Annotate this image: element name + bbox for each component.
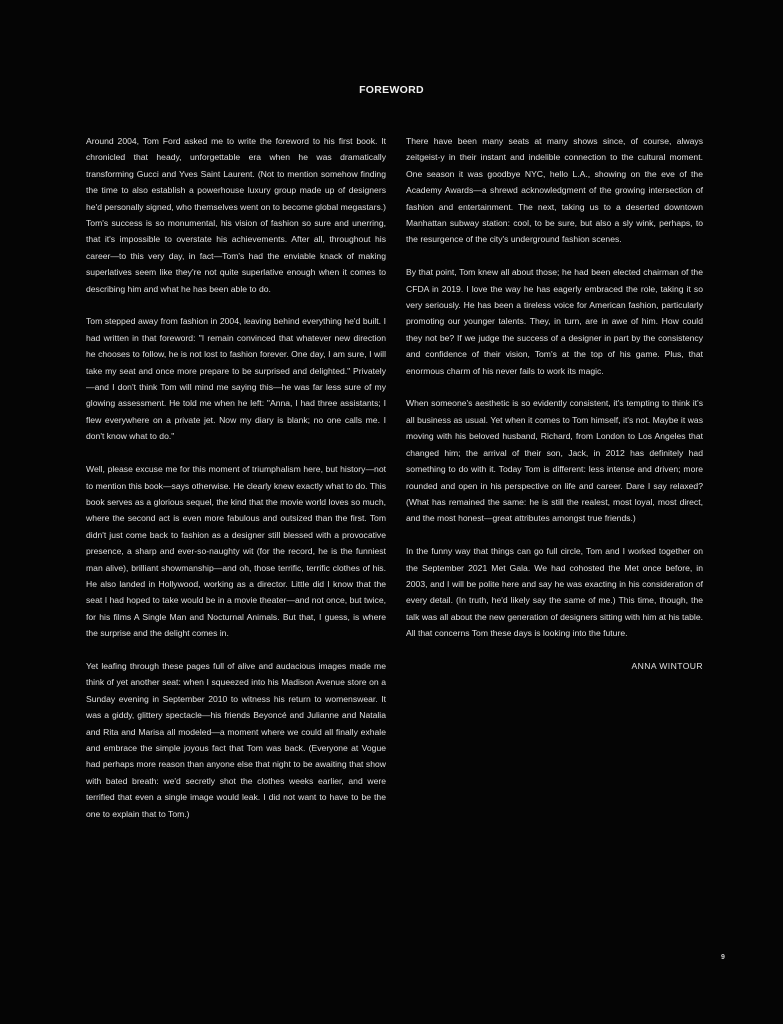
paragraph: In the funny way that things can go full… — [406, 543, 703, 641]
paragraph: Well, please excuse me for this moment o… — [86, 461, 386, 641]
paragraph: Yet leafing through these pages full of … — [86, 658, 386, 822]
paragraph: Tom stepped away from fashion in 2004, l… — [86, 313, 386, 444]
paragraph: When someone's aesthetic is so evidently… — [406, 395, 703, 526]
page-title: FOREWORD — [0, 84, 783, 96]
left-column: Around 2004, Tom Ford asked me to write … — [86, 133, 386, 838]
paragraph: There have been many seats at many shows… — [406, 133, 703, 248]
right-column: There have been many seats at many shows… — [406, 133, 703, 674]
paragraph: By that point, Tom knew all about those;… — [406, 264, 703, 379]
author-signature: ANNA WINTOUR — [406, 658, 703, 674]
page-number: 9 — [721, 954, 725, 961]
paragraph: Around 2004, Tom Ford asked me to write … — [86, 133, 386, 297]
